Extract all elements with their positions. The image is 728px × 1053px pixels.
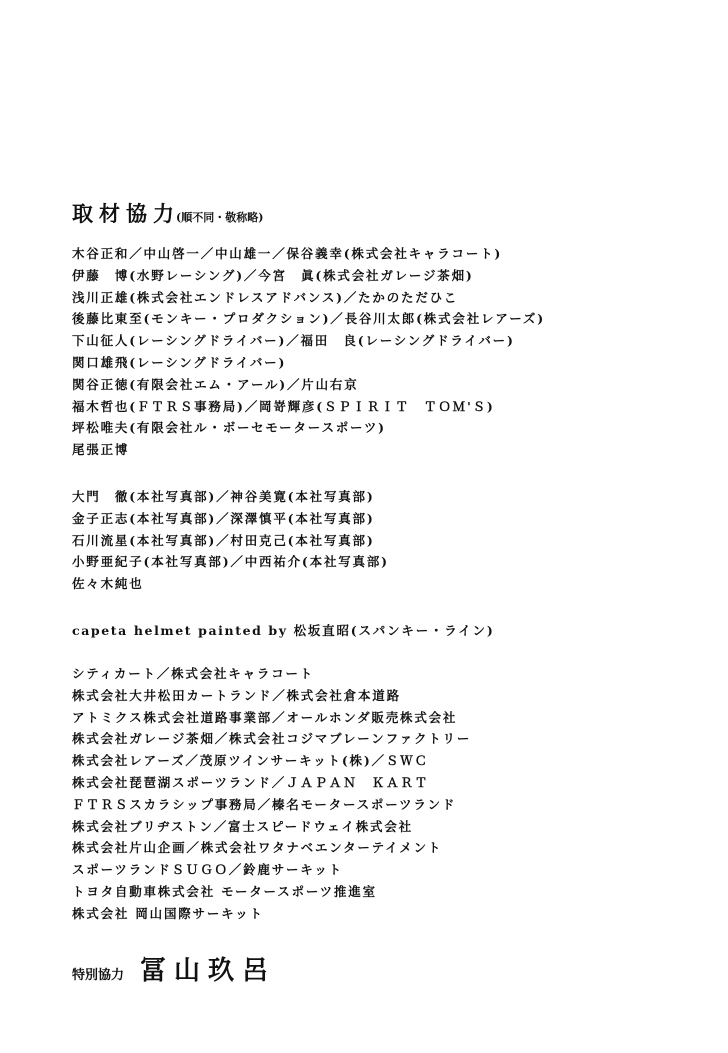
credit-line: 小野亜紀子(本社写真部)／中西祐介(本社写真部) [72, 551, 389, 573]
credits-page: 取材協力(順不同・敬称略) 木谷正和／中山啓一／中山雄一／保谷義幸(株式会社キャ… [0, 0, 728, 1053]
credit-line: 株式会社ガレージ茶畑／株式会社コジマブレーンファクトリー [72, 728, 471, 750]
credit-line: 大門 徹(本社写真部)／神谷美寛(本社写真部) [72, 486, 389, 508]
special-thanks-name: 冨山玖呂 [140, 956, 276, 986]
credit-line: 木谷正和／中山啓一／中山雄一／保谷義幸(株式会社キャラコート) [72, 243, 545, 265]
heading-title: 取材協力 [72, 201, 180, 226]
credit-line: 伊藤 博(水野レーシング)／今宮 眞(株式会社ガレージ茶畑) [72, 265, 545, 287]
credit-line: 浅川正雄(株式会社エンドレスアドバンス)／たかのただひこ [72, 287, 545, 309]
helmet-credit-name: 松坂直昭(スパンキー・ライン) [294, 623, 495, 638]
credit-line: スポーツランドＳＵＧＯ／鈴鹿サーキット [72, 859, 471, 881]
helmet-credit-line: capeta helmet painted by 松坂直昭(スパンキー・ライン) [72, 620, 495, 642]
credit-line: 福木哲也(ＦＴＲＳ事務局)／岡嵜輝彦(ＳＰＩＲＩＴ ＴＯＭ'Ｓ) [72, 396, 545, 418]
credit-line: 株式会社大井松田カートランド／株式会社倉本道路 [72, 685, 471, 707]
special-thanks: 特別協力冨山玖呂 [72, 950, 276, 987]
organizations-section: シティカート／株式会社キャラコート 株式会社大井松田カートランド／株式会社倉本道… [72, 663, 471, 925]
credit-line: 株式会社片山企画／株式会社ワタナベエンターテイメント [72, 837, 471, 859]
credit-line: 株式会社ブリヂストン／富士スピードウェイ株式会社 [72, 816, 471, 838]
credit-line: 株式会社レアーズ／茂原ツインサーキット(株)／ＳＷＣ [72, 750, 471, 772]
credit-line: 金子正志(本社写真部)／深澤慎平(本社写真部) [72, 508, 389, 530]
credit-line: 株式会社琵琶湖スポーツランド／ＪＡＰＡＮ ＫＡＲＴ [72, 772, 471, 794]
credit-line: ＦＴＲＳスカラシップ事務局／榛名モータースポーツランド [72, 794, 471, 816]
photographers-section: 大門 徹(本社写真部)／神谷美寛(本社写真部) 金子正志(本社写真部)／深澤慎平… [72, 486, 389, 595]
credit-line: 後藤比東至(モンキー・プロダクション)／長谷川太郎(株式会社レアーズ) [72, 308, 545, 330]
credit-line: 下山征人(レーシングドライバー)／福田 良(レーシングドライバー) [72, 330, 545, 352]
credit-line: 尾張正博 [72, 439, 545, 461]
credit-line: 坪松唯夫(有限会社ル・ボーセモータースポーツ) [72, 417, 545, 439]
heading-note: (順不同・敬称略) [176, 211, 263, 224]
credit-line: トヨタ自動車株式会社 モータースポーツ推進室 [72, 881, 471, 903]
credit-line: 株式会社 岡山国際サーキット [72, 903, 471, 925]
credit-line: シティカート／株式会社キャラコート [72, 663, 471, 685]
individuals-section: 木谷正和／中山啓一／中山雄一／保谷義幸(株式会社キャラコート) 伊藤 博(水野レ… [72, 243, 545, 461]
special-thanks-label: 特別協力 [72, 968, 124, 983]
credit-line: 関谷正徳(有限会社エム・アール)／片山右京 [72, 374, 545, 396]
credit-line: 佐々木純也 [72, 573, 389, 595]
credit-line: アトミクス株式会社道路事業部／オールホンダ販売株式会社 [72, 707, 471, 729]
credit-line: 関口雄飛(レーシングドライバー) [72, 352, 545, 374]
helmet-credit-section: capeta helmet painted by 松坂直昭(スパンキー・ライン) [72, 620, 495, 642]
credits-heading: 取材協力(順不同・敬称略) [72, 198, 263, 228]
helmet-credit-prefix: capeta helmet painted by [72, 623, 294, 638]
credit-line: 石川流星(本社写真部)／村田克己(本社写真部) [72, 530, 389, 552]
